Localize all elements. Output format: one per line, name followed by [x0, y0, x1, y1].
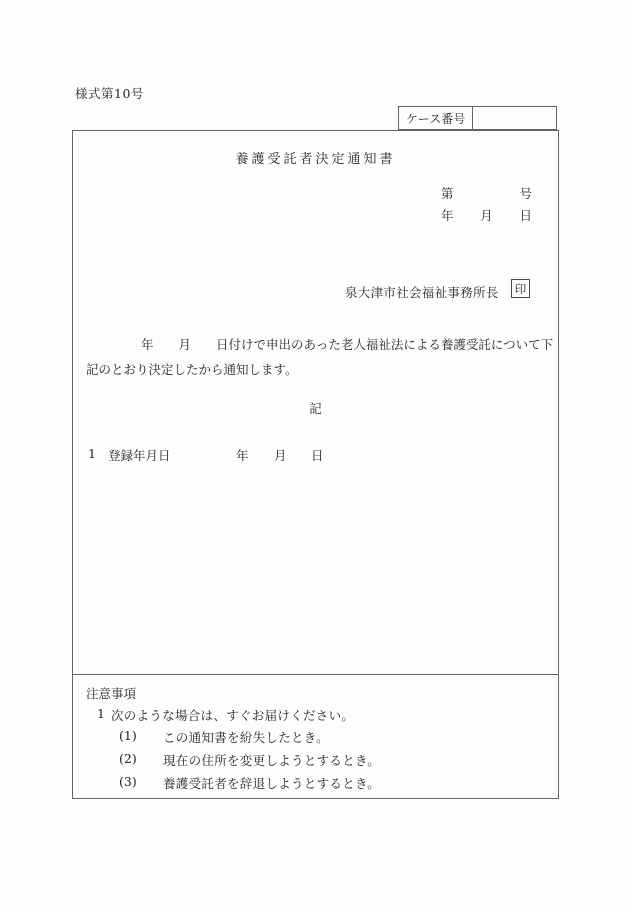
issue-date-line: 年 月 日: [441, 206, 532, 224]
document-number-suffix: 号: [519, 184, 532, 202]
body-paragraph-line: 年 月 日付けで申出のあった老人福祉法による養護受託について下: [86, 333, 552, 358]
notes-lead-number: 1: [97, 706, 105, 721]
note-item-marker: (1): [119, 728, 137, 743]
form-frame: 養護受託者決定通知書 第 号 年 月 日 泉大津市社会福祉事務所長 印 年 月 …: [72, 130, 559, 799]
case-number-box: ケース番号: [398, 106, 557, 130]
seal-stamp-box: 印: [511, 279, 530, 298]
note-item-marker: (3): [119, 774, 137, 789]
case-number-value: [473, 107, 556, 129]
document-page: 様式第10号 ケース番号 養護受託者決定通知書 第 号 年 月 日 泉大津市社会…: [0, 0, 630, 915]
body-paragraph-line: 記のとおり決定したから通知します。: [86, 358, 552, 383]
note-item-text: 現在の住所を変更しようとするとき。: [163, 751, 380, 769]
registration-date-row: 1 登録年月日 年 月 日: [73, 446, 558, 462]
notes-heading: 注意事項: [86, 684, 136, 702]
issue-date-year-label: 年: [441, 206, 454, 224]
note-item-marker: (2): [119, 751, 137, 766]
notes-lead-row: 1 次のような場合は、すぐお届けください。: [73, 706, 558, 722]
body-paragraph: 年 月 日付けで申出のあった老人福祉法による養護受託について下 記のとおり決定し…: [86, 333, 552, 382]
registration-date-label: 登録年月日: [108, 446, 171, 464]
seal-mark: 印: [515, 281, 527, 297]
registration-year-label: 年: [236, 446, 249, 464]
registration-item-number: 1: [88, 446, 96, 461]
record-heading: 記: [73, 399, 558, 417]
note-item-text: 養護受託者を辞退しようとするとき。: [163, 774, 380, 792]
note-item: (3) 養護受託者を辞退しようとするとき。: [73, 774, 558, 790]
registration-day-label: 日: [311, 446, 324, 464]
note-item: (1) この通知書を紛失したとき。: [73, 728, 558, 744]
form-code-label: 様式第10号: [75, 84, 144, 102]
issuer-name: 泉大津市社会福祉事務所長: [345, 283, 499, 301]
issue-date-month-label: 月: [480, 206, 493, 224]
issue-date-day-label: 日: [519, 206, 532, 224]
document-number-line: 第 号: [441, 184, 532, 202]
case-number-label: ケース番号: [399, 107, 473, 129]
document-title: 養護受託者決定通知書: [73, 148, 558, 167]
notes-lead-text: 次のような場合は、すぐお届けください。: [111, 706, 354, 724]
document-number-prefix: 第: [441, 184, 454, 202]
notes-divider-line: [73, 674, 558, 675]
note-item: (2) 現在の住所を変更しようとするとき。: [73, 751, 558, 767]
note-item-text: この通知書を紛失したとき。: [163, 728, 329, 746]
registration-month-label: 月: [274, 446, 287, 464]
